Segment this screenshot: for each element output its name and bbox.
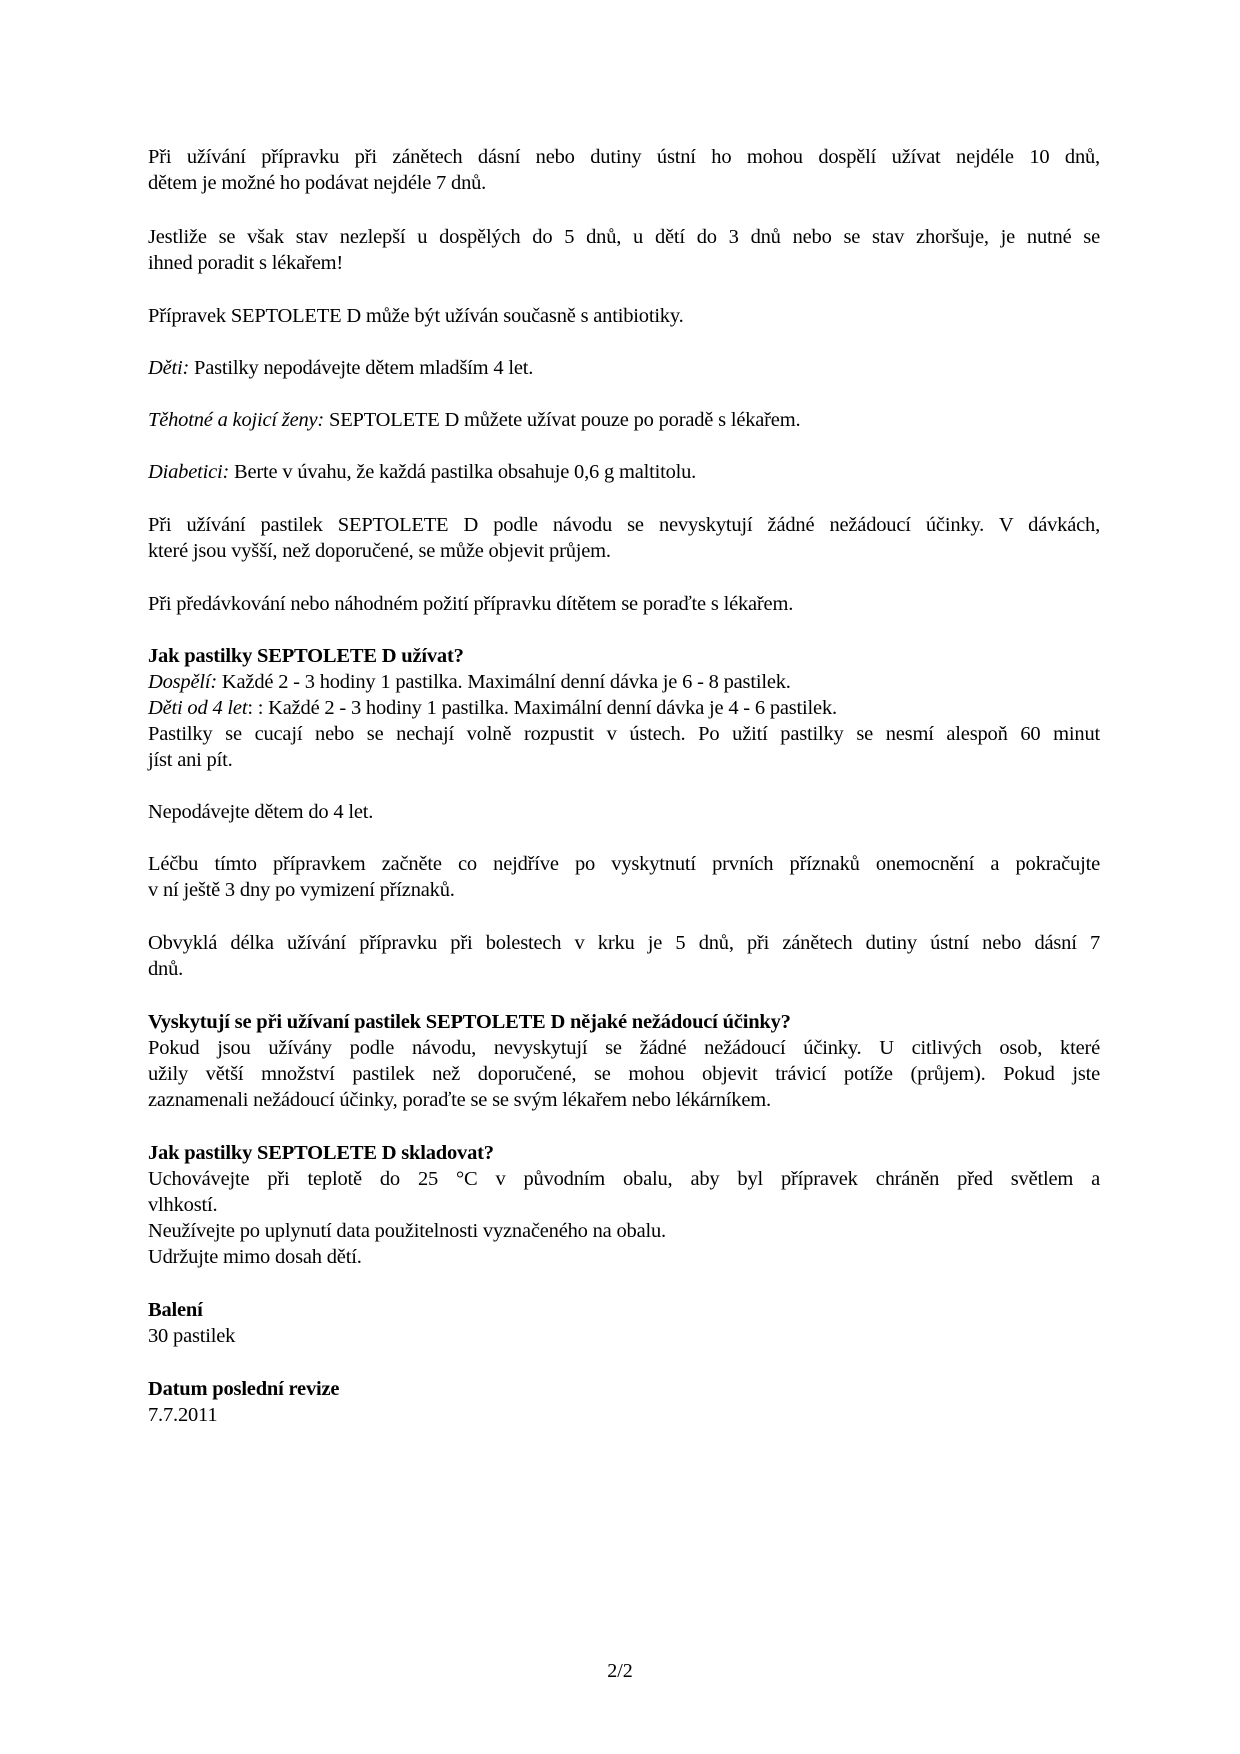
storage-line-3: Neužívejte po uplynutí data použitelnost… [148, 1218, 1100, 1244]
paragraph-pregnant: Těhotné a kojicí ženy: SEPTOLETE D můžet… [148, 407, 1100, 433]
paragraph-consult-line-2: ihned poradit s lékařem! [148, 250, 1100, 276]
dosage-adults: Dospělí: Každé 2 - 3 hodiny 1 pastilka. … [148, 669, 1100, 695]
page-number: 2/2 [0, 1658, 1240, 1684]
packaging-heading: Balení [148, 1297, 1100, 1323]
revision-heading: Datum poslední revize [148, 1376, 1100, 1402]
storage-line-4: Udržujte mimo dosah dětí. [148, 1244, 1100, 1270]
side-effects-heading: Vyskytují se při užívaní pastilek SEPTOL… [148, 1009, 1100, 1035]
diabetics-text: Berte v úvahu, že každá pastilka obsahuj… [229, 461, 696, 483]
treatment-line-2: v ní ještě 3 dny po vymizení příznaků. [148, 877, 1100, 903]
storage-heading: Jak pastilky SEPTOLETE D skladovat? [148, 1140, 1100, 1166]
dosage-children-text: : : Každé 2 - 3 hodiny 1 pastilka. Maxim… [247, 697, 837, 719]
paragraph-overdose: Při předávkování nebo náhodném požití př… [148, 591, 1100, 617]
children-label: Děti: [148, 357, 189, 379]
treatment-line-1: Léčbu tímto přípravkem začněte co nejdří… [148, 851, 1100, 877]
packaging-value: 30 pastilek [148, 1323, 1100, 1349]
paragraph-side-effects-line-2: které jsou vyšší, než doporučené, se můž… [148, 538, 1100, 564]
side-effects-line-3: zaznamenali nežádoucí účinky, poraďte se… [148, 1087, 1100, 1113]
paragraph-diabetics: Diabetici: Berte v úvahu, že každá pasti… [148, 459, 1100, 485]
dosage-usage-line-1: Pastilky se cucají nebo se nechají volně… [148, 721, 1100, 747]
dosage-children-label: Děti od 4 let [148, 697, 247, 719]
paragraph-consult-line-1: Jestliže se však stav nezlepší u dospělý… [148, 224, 1100, 250]
document-page: Při užívání přípravku při zánětech dásní… [0, 0, 1240, 1754]
paragraph-side-effects-line-1: Při užívání pastilek SEPTOLETE D podle n… [148, 512, 1100, 538]
paragraph-antibiotics: Přípravek SEPTOLETE D může být užíván so… [148, 303, 1100, 329]
storage-line-2: vlhkostí. [148, 1192, 1100, 1218]
dosage-children: Děti od 4 let: : Každé 2 - 3 hodiny 1 pa… [148, 695, 1100, 721]
duration-line-2: dnů. [148, 956, 1100, 982]
paragraph-gum-usage-line-1: Při užívání přípravku při zánětech dásní… [148, 144, 1100, 170]
pregnant-label: Těhotné a kojicí ženy: [148, 409, 324, 431]
side-effects-line-1: Pokud jsou užívány podle návodu, nevysky… [148, 1035, 1100, 1061]
duration-line-1: Obvyklá délka užívání přípravku při bole… [148, 930, 1100, 956]
storage-line-1: Uchovávejte při teplotě do 25 °C v původ… [148, 1166, 1100, 1192]
dosage-adults-label: Dospělí: [148, 671, 217, 693]
diabetics-label: Diabetici: [148, 461, 229, 483]
dosage-warning: Nepodávejte dětem do 4 let. [148, 799, 1100, 825]
dosage-heading: Jak pastilky SEPTOLETE D užívat? [148, 643, 1100, 669]
children-text: Pastilky nepodávejte dětem mladším 4 let… [189, 357, 533, 379]
revision-date: 7.7.2011 [148, 1402, 1100, 1428]
pregnant-text: SEPTOLETE D můžete užívat pouze po porad… [324, 409, 800, 431]
paragraph-children: Děti: Pastilky nepodávejte dětem mladším… [148, 355, 1100, 381]
dosage-adults-text: Každé 2 - 3 hodiny 1 pastilka. Maximální… [217, 671, 791, 693]
dosage-usage-line-2: jíst ani pít. [148, 747, 1100, 773]
side-effects-line-2: užily větší množství pastilek než doporu… [148, 1061, 1100, 1087]
paragraph-gum-usage-line-2: dětem je možné ho podávat nejdéle 7 dnů. [148, 170, 1100, 196]
